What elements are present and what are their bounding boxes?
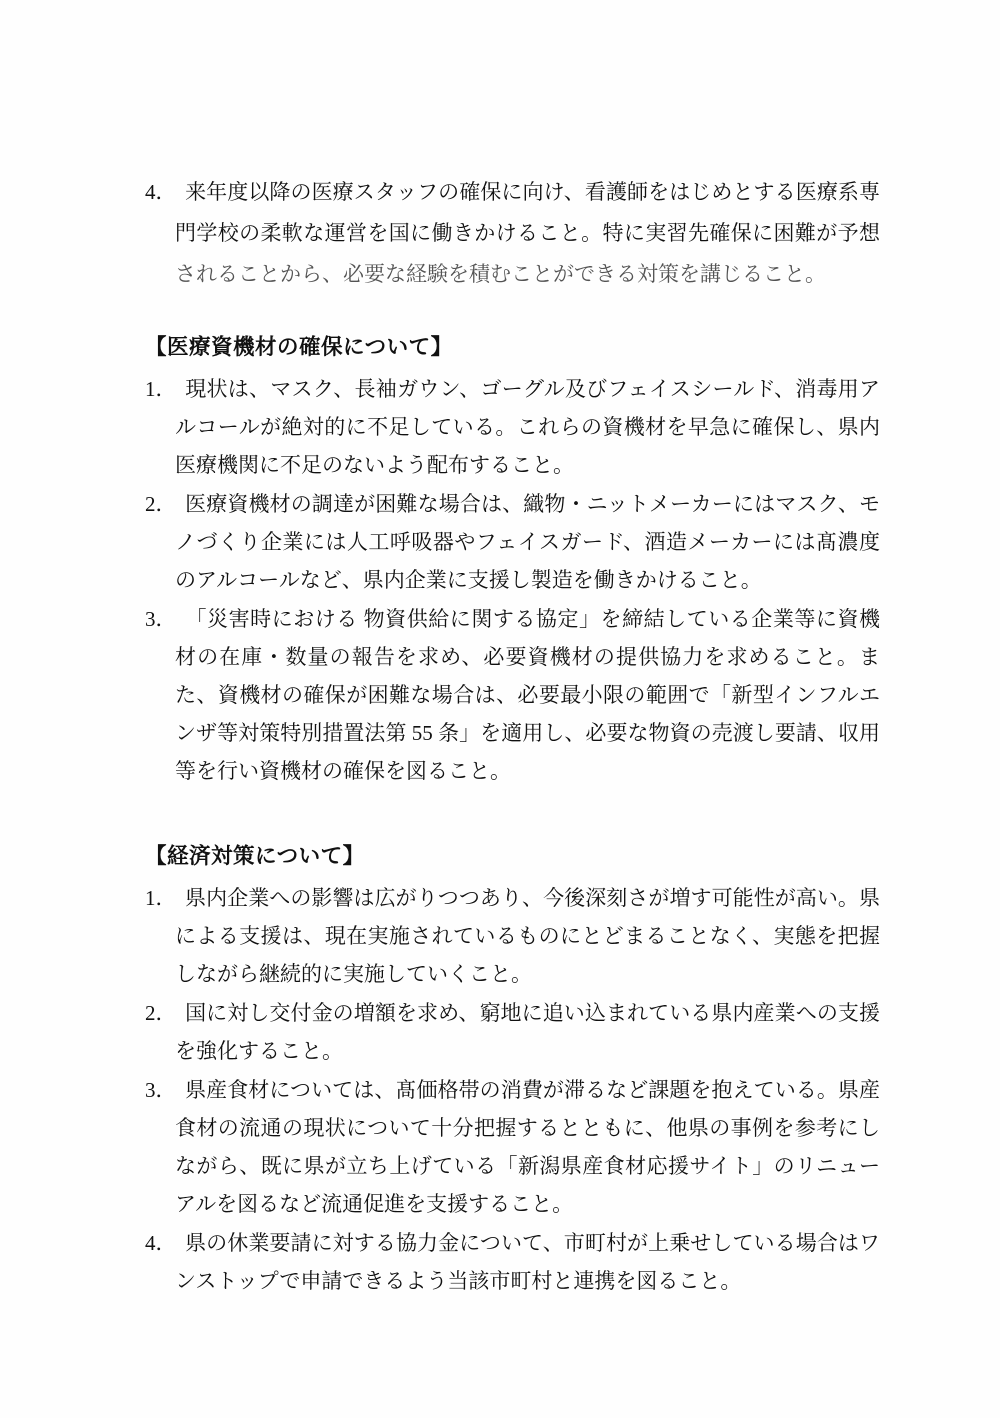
item-number: 1．	[145, 370, 185, 408]
item-number: 4．	[145, 1224, 185, 1262]
item-number: 2．	[145, 485, 185, 523]
item-number: 3．	[145, 600, 185, 638]
item-text: 現状は、マスク、長袖ガウン、ゴーグル及びフェイスシールド、消毒用アルコールが絶対…	[175, 377, 880, 477]
list-item: 4．県の休業要請に対する協力金について、市町村が上乗せしている場合はワンストップ…	[145, 1224, 880, 1300]
section-economic-measures: 【経済対策について】 1．県内企業への影響は広がりつつあり、今後深刻さが増す可能…	[145, 836, 880, 1300]
leading-item-text: 来年度以降の医療スタッフの確保に向け、看護師をはじめとする医療系専門学校の柔軟な…	[175, 180, 880, 245]
list-item: 2．医療資機材の調達が困難な場合は、織物・ニットメーカーにはマスク、モノづくり企…	[145, 485, 880, 599]
list-item: 2．国に対し交付金の増額を求め、窮地に追い込まれている県内産業への支援を強化する…	[145, 994, 880, 1070]
section-heading: 【経済対策について】	[145, 836, 880, 876]
section-heading: 【医療資機材の確保について】	[145, 327, 880, 367]
leading-item-text-faded: されることから、必要な経験を積むことができる対策を講じること。	[175, 262, 826, 286]
item-number: 1．	[145, 879, 185, 917]
list-item: 1．現状は、マスク、長袖ガウン、ゴーグル及びフェイスシールド、消毒用アルコールが…	[145, 370, 880, 484]
document-content: 4．来年度以降の医療スタッフの確保に向け、看護師をはじめとする医療系専門学校の柔…	[145, 172, 880, 1301]
item-text: 「災害時における 物資供給に関する協定」を締結している企業等に資機材の在庫・数量…	[175, 607, 880, 783]
item-text: 県産食材については、髙価格帯の消費が滞るなど課題を抱えている。県産食材の流通の現…	[175, 1078, 880, 1216]
list-item: 3．「災害時における 物資供給に関する協定」を締結している企業等に資機材の在庫・…	[145, 600, 880, 790]
item-number: 4．	[145, 172, 185, 213]
item-text: 国に対し交付金の増額を求め、窮地に追い込まれている県内産業への支援を強化すること…	[175, 1001, 880, 1063]
section-medical-supplies: 【医療資機材の確保について】 1．現状は、マスク、長袖ガウン、ゴーグル及びフェイ…	[145, 327, 880, 790]
item-number: 2．	[145, 994, 185, 1032]
item-number: 3．	[145, 1071, 185, 1109]
item-text: 県内企業への影響は広がりつつあり、今後深刻さが増す可能性が高い。県による支援は、…	[175, 886, 880, 986]
item-text: 県の休業要請に対する協力金について、市町村が上乗せしている場合はワンストップで申…	[175, 1231, 880, 1293]
item-text: 医療資機材の調達が困難な場合は、織物・ニットメーカーにはマスク、モノづくり企業に…	[175, 492, 880, 592]
leading-item: 4．来年度以降の医療スタッフの確保に向け、看護師をはじめとする医療系専門学校の柔…	[145, 172, 880, 295]
list-item: 3．県産食材については、髙価格帯の消費が滞るなど課題を抱えている。県産食材の流通…	[145, 1071, 880, 1223]
list-item: 1．県内企業への影響は広がりつつあり、今後深刻さが増す可能性が高い。県による支援…	[145, 879, 880, 993]
document-page: 4．来年度以降の医療スタッフの確保に向け、看護師をはじめとする医療系専門学校の柔…	[0, 0, 1000, 1418]
